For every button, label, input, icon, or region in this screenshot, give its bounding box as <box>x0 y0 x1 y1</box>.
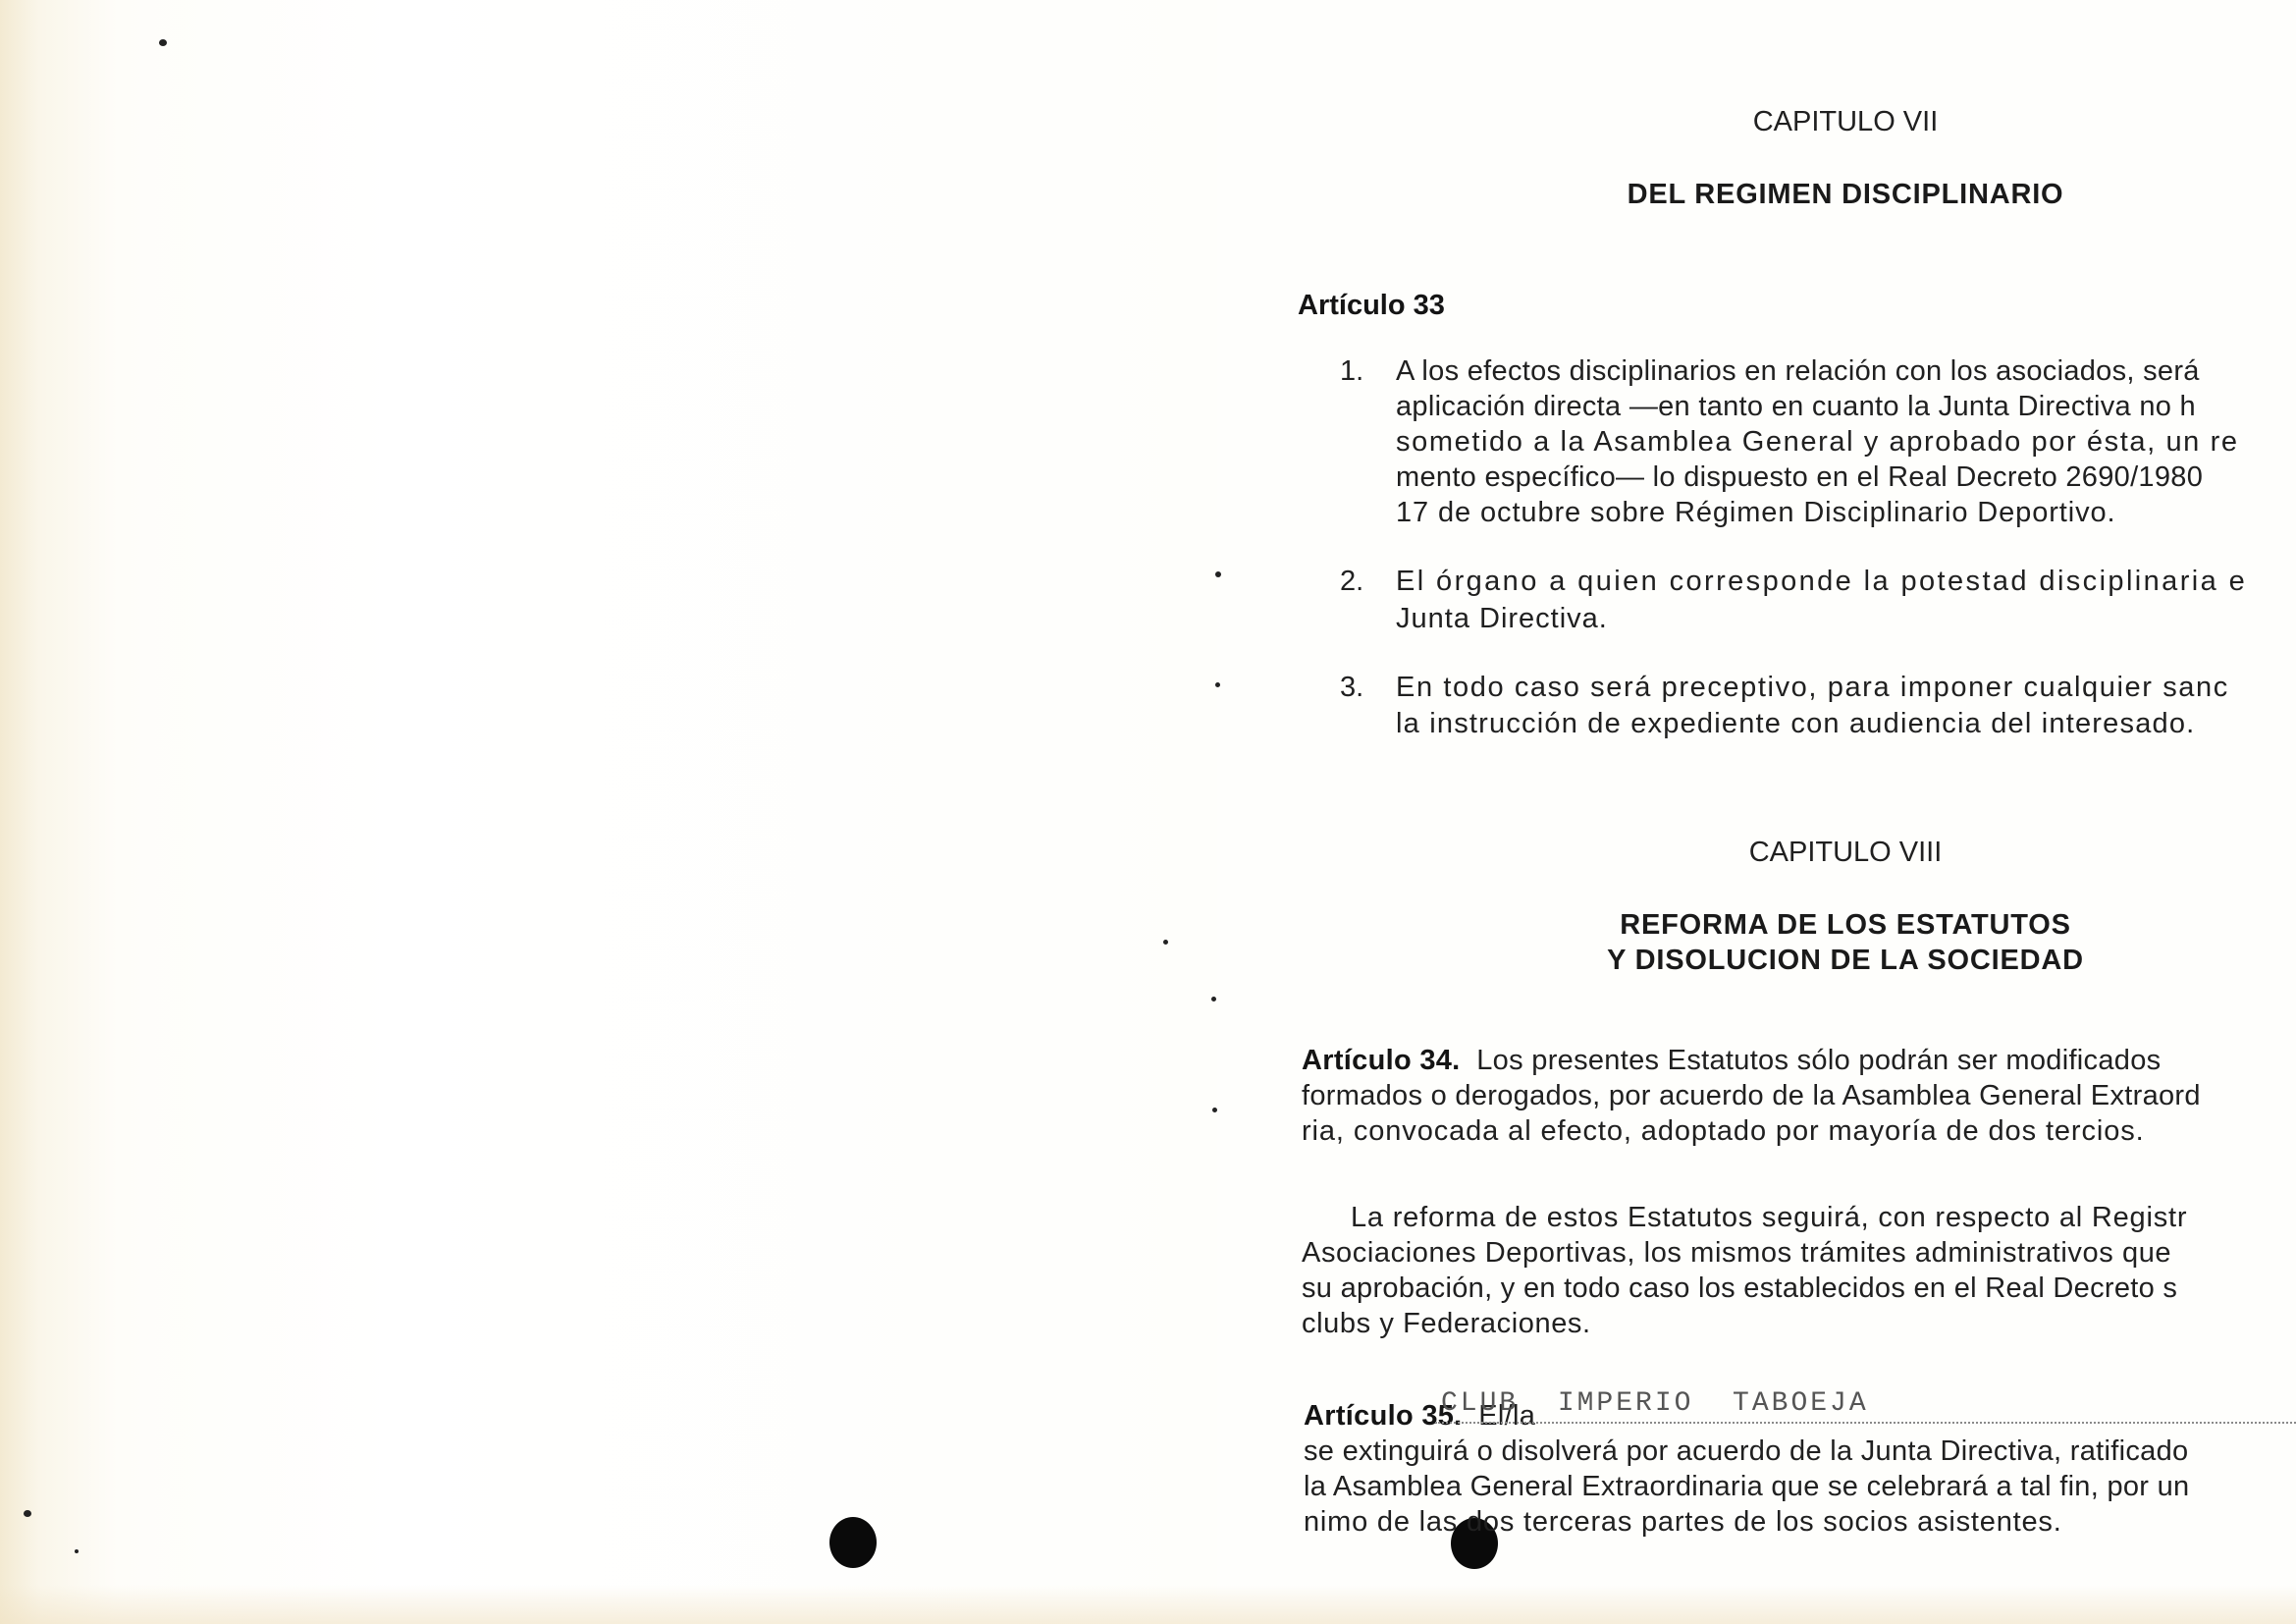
article-33-item-1-line: A los efectos disciplinarios en relación… <box>1396 355 2200 388</box>
article-33-item-3-line: la instrucción de expediente con audienc… <box>1396 708 2195 740</box>
scan-speck <box>24 1510 31 1517</box>
article-34-line: formados o derogados, por acuerdo de la … <box>1302 1080 2201 1112</box>
scan-speck <box>159 39 167 46</box>
item-number: 2. <box>1340 566 1363 598</box>
scan-speck <box>1215 682 1220 687</box>
article-35-line: se extinguirá o disolverá por acuerdo de… <box>1304 1435 2188 1468</box>
article-33-item-1-line: mento específico— lo dispuesto en el Rea… <box>1396 461 2203 494</box>
punch-hole <box>829 1517 877 1568</box>
article-34-text: Los presentes Estatutos sólo podrán ser … <box>1476 1045 2161 1076</box>
article-34-paragraph-2-line: su aprobación, y en todo caso los establ… <box>1302 1272 2177 1305</box>
article-35-line: la Asamblea General Extraordinaria que s… <box>1304 1471 2189 1503</box>
article-33-item-1-line: 17 de octubre sobre Régimen Disciplinari… <box>1396 497 2115 529</box>
scan-speck <box>1212 1108 1217 1112</box>
article-35-heading: Artículo 35. <box>1304 1400 1463 1432</box>
paper-edge-tint <box>0 1585 2296 1624</box>
item-number: 3. <box>1340 672 1363 704</box>
chapter-7-title: DEL REGIMEN DISCIPLINARIO <box>1571 179 2120 211</box>
article-34-line: ria, convocada al efecto, adoptado por m… <box>1302 1115 2145 1148</box>
scan-speck <box>1211 997 1216 1001</box>
article-34-heading: Artículo 34. <box>1302 1045 1461 1076</box>
chapter-7-label: CAPITULO VII <box>1571 106 2120 138</box>
scan-speck <box>1215 571 1221 577</box>
club-name-typed: CLUB IMPERIO TABOEJA <box>1441 1388 1869 1419</box>
chapter-8-title-line: REFORMA DE LOS ESTATUTOS <box>1571 909 2120 942</box>
scan-speck <box>1163 940 1168 945</box>
article-34-paragraph-2-line: clubs y Federaciones. <box>1302 1308 1591 1340</box>
article-33-heading: Artículo 33 <box>1298 290 1445 322</box>
article-33-item-1-line: aplicación directa —en tanto en cuanto l… <box>1396 391 2196 423</box>
right-page <box>1217 0 2296 1624</box>
chapter-8-label: CAPITULO VIII <box>1571 837 2120 869</box>
article-34-line: Artículo 34. Los presentes Estatutos sól… <box>1302 1045 2161 1077</box>
article-33-item-2-line: Junta Directiva. <box>1396 603 1608 635</box>
article-34-paragraph-2-line: La reforma de estos Estatutos seguirá, c… <box>1351 1202 2187 1234</box>
club-name-fill-line <box>1435 1422 2296 1424</box>
article-34-paragraph-2-line: Asociaciones Deportivas, los mismos trám… <box>1302 1237 2171 1270</box>
article-33-item-2-line: El órgano a quien corresponde la potesta… <box>1396 566 2247 598</box>
article-35-line: nimo de las dos terceras partes de los s… <box>1304 1506 2062 1539</box>
item-number: 1. <box>1340 355 1363 388</box>
left-page-blank <box>0 0 1217 1624</box>
chapter-8-title-line: Y DISOLUCION DE LA SOCIEDAD <box>1571 945 2120 977</box>
article-33-item-1-line: sometido a la Asamblea General y aprobad… <box>1396 426 2239 459</box>
article-33-item-3-line: En todo caso será preceptivo, para impon… <box>1396 672 2229 704</box>
scan-speck <box>75 1549 79 1553</box>
